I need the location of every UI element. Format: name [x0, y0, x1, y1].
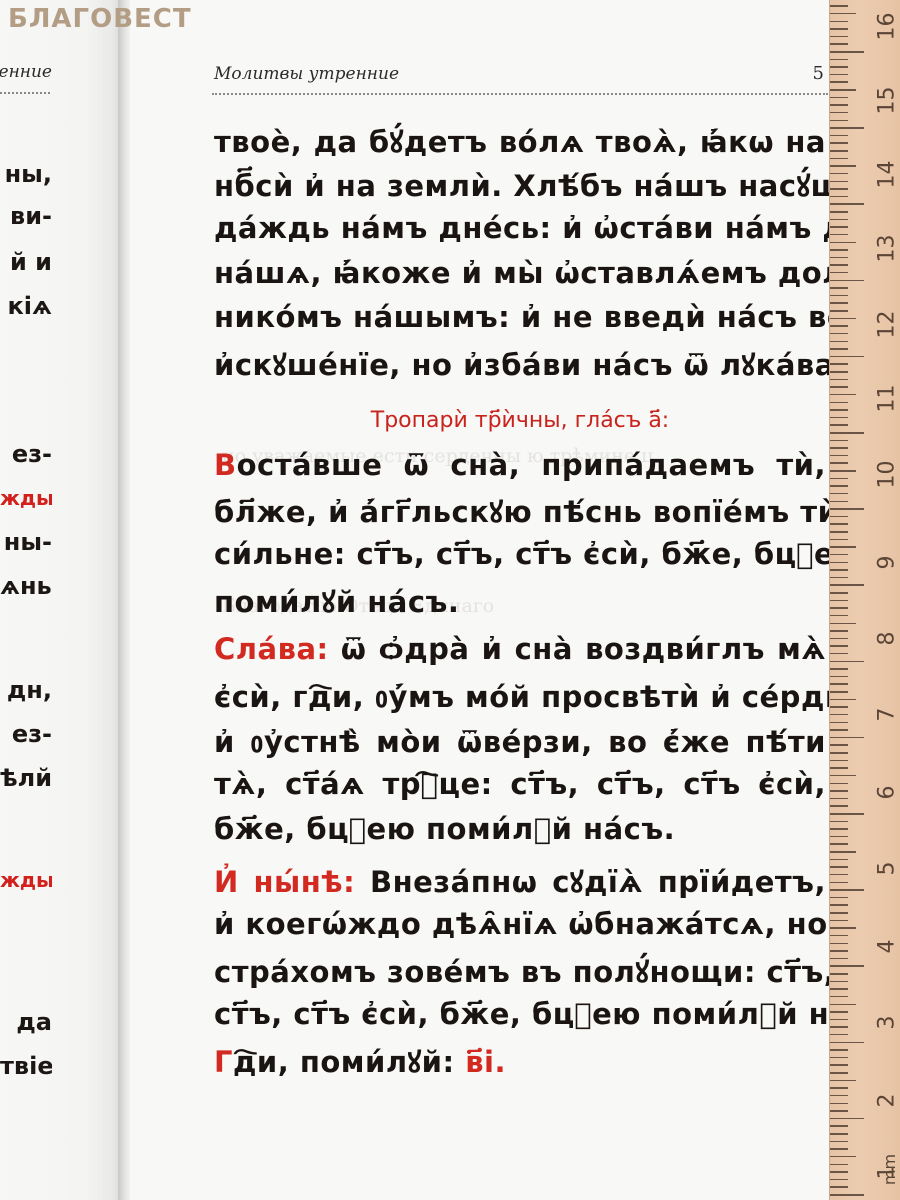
ruler-tick: [830, 965, 864, 967]
ruler-tick: [830, 523, 848, 525]
ruler-tick: [830, 912, 848, 914]
ruler-number: 13: [875, 234, 900, 264]
page-number: 5: [813, 63, 824, 84]
i-nyne-line: стра́хомъ зове́мъ въ полꙋ́нощи: ст҃ъ,: [214, 952, 826, 991]
ruler-tick: [830, 211, 848, 213]
ruler-tick: [830, 1064, 848, 1066]
ruler-number: 4: [875, 932, 900, 962]
left-page-line: ны,: [0, 160, 52, 188]
ruler-tick: [830, 203, 864, 205]
prayer-line: да́ждь на́мъ дне́сь: и҆ ѡ҆ста́ви на́мъ д…: [214, 211, 826, 245]
ruler-tick: [830, 1057, 848, 1059]
ruler-tick: [830, 691, 848, 693]
ruler-tick: [830, 1148, 848, 1150]
ruler-tick: [830, 280, 864, 282]
ruler-tick: [830, 1133, 848, 1135]
ruler-tick: [830, 554, 848, 556]
header-dotted-rule: [212, 93, 828, 95]
ruler-tick: [830, 1026, 848, 1028]
ruler-tick: [830, 249, 848, 251]
ruler-tick: [830, 935, 848, 937]
ruler-tick: [830, 569, 848, 571]
ruler-tick: [830, 409, 848, 411]
ruler-tick: [830, 767, 848, 769]
ruler-tick: [830, 66, 848, 68]
ruler-tick: [830, 417, 848, 419]
ruler-number: 9: [875, 548, 900, 578]
ruler-number: 12: [875, 310, 900, 340]
ruler-tick: [830, 21, 848, 23]
ruler-tick: [830, 600, 848, 602]
ruler-tick: [830, 97, 848, 99]
ruler-tick: [830, 501, 848, 503]
ruler-tick: [830, 127, 864, 129]
ruler-tick: [830, 843, 848, 845]
ruler-tick: [830, 447, 848, 449]
left-page-line: твіе: [0, 1052, 52, 1080]
ruler-tick: [830, 988, 848, 990]
ruler-tick: [830, 882, 848, 884]
ruler-tick: [830, 981, 848, 983]
ruler-tick: [830, 348, 848, 350]
ruler-tick: [830, 310, 848, 312]
ruler-tick: [830, 836, 848, 838]
ruler-tick: [830, 645, 848, 647]
ruler-tick: [830, 1125, 848, 1127]
ruler-tick: [830, 188, 848, 190]
troparion-line: Воста́вше ѿ снà, припа́даемъ тѝ,: [214, 448, 826, 482]
ruler-tick: [830, 790, 848, 792]
ruler-tick: [830, 577, 848, 579]
ruler-tick: [830, 699, 856, 701]
ruler-tick: [830, 676, 848, 678]
ruler-tick: [830, 805, 848, 807]
ruler-tick: [830, 424, 848, 426]
slava-line: и҆ ᲂу҆стнѣ̀ мо̀и ѿве́рзи, во є҆́же пѣ́ти: [214, 722, 826, 761]
ruler-tick: [830, 341, 848, 343]
troparion-line: си́льне: ст҃ъ, ст҃ъ, ст҃ъ є҆сѝ, бж҃е, бц…: [214, 537, 826, 571]
ruler-tick: [830, 1011, 848, 1013]
ruler-tick: [830, 744, 848, 746]
ruler-tick: [830, 546, 856, 548]
ruler-tick: [830, 462, 848, 464]
ruler-tick: [830, 257, 848, 259]
ruler-tick: [830, 706, 848, 708]
ruler-tick: [830, 821, 848, 823]
ruler-tick: [830, 455, 848, 457]
ruler-tick: [830, 219, 848, 221]
measuring-ruler: 16151413121110987654321 mm: [829, 0, 900, 1200]
ruler-tick: [830, 142, 848, 144]
ruler-tick: [830, 615, 848, 617]
ruler-tick: [830, 59, 848, 61]
ruler-tick: [830, 516, 848, 518]
ruler-number: 15: [875, 86, 900, 116]
ruler-tick: [830, 264, 848, 266]
red-initial-letter: В: [214, 448, 237, 482]
ruler-tick: [830, 242, 856, 244]
ruler-tick: [830, 402, 848, 404]
slava-line: тѧ̀, ст҃а́ѧ трⷪ҇це: ст҃ъ, ст҃ъ, ст҃ъ є҆с…: [214, 767, 826, 801]
ruler-tick: [830, 737, 864, 739]
ruler-tick: [830, 51, 864, 53]
left-page-line: ѧнь.: [0, 572, 52, 600]
ruler-tick: [830, 607, 848, 609]
ruler-tick: [830, 996, 848, 998]
repeat-count: в҃і.: [465, 1045, 506, 1079]
closing-initial: Г: [214, 1045, 233, 1079]
ruler-tick: [830, 973, 848, 975]
i-nyne-line: И҆ ны́нѣ: Внеза́пнѡ сꙋдїѧ̀ прїи́детъ,: [214, 862, 826, 901]
ruler-tick: [830, 539, 848, 541]
ruler-tick: [830, 272, 848, 274]
ruler-tick: [830, 104, 848, 106]
watermark-logo: БЛАГОВЕСТ: [8, 4, 192, 34]
prayer-line: твоѐ, да бꙋ́детъ во́лѧ твоѧ̀, ꙗ҆́кѡ на: [214, 122, 826, 161]
ruler-tick: [830, 584, 864, 586]
i-nyne-line: ст҃ъ, ст҃ъ є҆сѝ, бж҃е, бцⷣею поми́лꙋй на…: [214, 997, 826, 1031]
ruler-tick: [830, 1087, 848, 1089]
ruler-tick: [830, 1034, 848, 1036]
ruler-tick: [830, 81, 848, 83]
ruler-tick: [830, 653, 848, 655]
ruler-tick: [830, 485, 848, 487]
ruler-tick: [830, 89, 856, 91]
ruler-tick: [830, 287, 848, 289]
ruler-tick: [830, 874, 848, 876]
slava-line: є҆сѝ, гд҇и, ᲂу҆́мъ мо́й просвѣтѝ и҆ се́р…: [214, 677, 826, 716]
ruler-number: 16: [875, 12, 900, 42]
ruler-tick: [830, 173, 848, 175]
ruler-tick: [830, 592, 848, 594]
ruler-tick: [830, 165, 856, 167]
ruler-tick: [830, 158, 848, 160]
slava-line: бж҃е, бцⷣею поми́лꙋй на́съ.: [214, 812, 826, 846]
ruler-tick: [830, 927, 856, 929]
ruler-tick: [830, 683, 848, 685]
ruler-tick: [830, 226, 848, 228]
troparion-line: бл҃же, и҆ а҆́гг҃льскꙋю пѣ́снь вопїе́мъ т…: [214, 492, 826, 531]
prayer-line: нб҃сѝ и҆ на землѝ. Хлѣ́бъ на́шъ насꙋ́щны…: [214, 166, 826, 205]
left-page-line: жды.: [0, 868, 52, 892]
ruler-tick: [830, 714, 848, 716]
ruler-tick: [830, 798, 848, 800]
left-page-line: дн,: [0, 676, 52, 704]
ruler-tick: [830, 904, 848, 906]
ruler-tick: [830, 302, 848, 304]
ruler-tick: [830, 859, 848, 861]
ruler-tick: [830, 1156, 856, 1158]
ruler-tick: [830, 630, 848, 632]
ruler-tick: [830, 668, 848, 670]
ruler-tick: [830, 866, 848, 868]
ruler-tick: [830, 783, 848, 785]
ruler-tick: [830, 623, 856, 625]
i-nyne-label: И҆ ны́нѣ:: [214, 865, 355, 899]
ruler-tick: [830, 828, 848, 830]
ruler-tick: [830, 363, 848, 365]
ruler-tick: [830, 478, 848, 480]
prayer-line: на́шѧ, ꙗ҆́коже и҆ мы̀ ѡ҆ставлѧ́емъ долж-: [214, 256, 826, 290]
ruler-tick: [830, 661, 864, 663]
ruler-number: 11: [875, 384, 900, 414]
ruler-tick: [830, 325, 848, 327]
left-page-line: ви-: [0, 202, 52, 230]
ruler-tick: [830, 1118, 864, 1120]
ruler-tick: [830, 150, 848, 152]
ruler-tick: [830, 1019, 848, 1021]
ruler-tick: [830, 562, 848, 564]
ruler-number: 8: [875, 624, 900, 654]
left-page-line: ез-: [0, 720, 52, 748]
ruler-tick: [830, 531, 848, 533]
ruler-number: 14: [875, 160, 900, 190]
ruler-tick: [830, 1042, 864, 1044]
ruler-tick: [830, 1171, 848, 1173]
ruler-tick: [830, 775, 856, 777]
troparion-heading: Тропарѝ тр҃ѝчны, гла́съ а҃:: [214, 408, 826, 433]
ruler-tick: [830, 318, 856, 320]
ruler-tick: [830, 1141, 848, 1143]
ruler-tick: [830, 120, 848, 122]
ruler-tick: [830, 295, 848, 297]
ruler-tick: [830, 470, 856, 472]
ruler-tick: [830, 1186, 848, 1188]
left-header-rule: [0, 92, 50, 94]
ruler-tick: [830, 889, 864, 891]
ruler-tick: [830, 13, 856, 15]
ruler-tick: [830, 1179, 848, 1181]
left-page-header: утренние: [0, 62, 52, 82]
ruler-tick: [830, 356, 864, 358]
ruler-tick: [830, 508, 864, 510]
left-page-line: да: [0, 1008, 52, 1036]
ruler-tick: [830, 920, 848, 922]
ruler-number: 3: [875, 1008, 900, 1038]
ruler-tick: [830, 371, 848, 373]
ruler-tick: [830, 760, 848, 762]
ruler-number: 2: [875, 1086, 900, 1116]
ruler-tick: [830, 112, 848, 114]
ruler-tick: [830, 74, 848, 76]
ruler-tick: [830, 1004, 856, 1006]
left-page-line: кіѧ: [0, 292, 52, 320]
ruler-tick: [830, 36, 848, 38]
ruler-tick: [830, 958, 848, 960]
ruler-tick: [830, 379, 848, 381]
ruler-tick: [830, 1072, 848, 1074]
ruler-tick: [830, 943, 848, 945]
ruler-tick: [830, 196, 848, 198]
ruler-number: 5: [875, 854, 900, 884]
ruler-tick: [830, 1049, 848, 1051]
left-page-line: ны-: [0, 528, 52, 556]
ruler-tick: [830, 638, 848, 640]
ruler-tick: [830, 1164, 848, 1166]
prayer-line: нико́мъ на́шымъ: и҆ не введѝ на́съ во: [214, 300, 826, 334]
ruler-tick: [830, 234, 848, 236]
ruler-tick: [830, 897, 848, 899]
ruler-tick: [830, 181, 848, 183]
running-header-title: Молитвы утренние: [214, 64, 399, 84]
left-page-line: ѣлй: [0, 764, 52, 792]
ruler-tick: [830, 851, 856, 853]
ruler-tick: [830, 729, 848, 731]
ruler-tick: [830, 43, 848, 45]
ruler-tick: [830, 1110, 848, 1112]
left-facing-page: утренние ны,ви-й икіѧез-ждыны-ѧнь.дн,ез-…: [0, 0, 122, 1200]
left-page-line: жды: [0, 486, 52, 510]
prayer-line: и҆скꙋше́нїе, но и҆зба́ви на́съ ѿ лꙋка́ва…: [214, 345, 826, 384]
ruler-tick: [830, 752, 848, 754]
ruler-unit-label: mm: [880, 1154, 899, 1185]
main-page: но уважаемые ести сердечны ю трѣмине ц Б…: [130, 0, 830, 1200]
left-page-line: й и: [0, 248, 52, 276]
slava-line: Сла́ва: ѿ ѻ҆дра̀ и҆ снà воздви́глъ мѧ̀: [214, 632, 826, 666]
ruler-number: 7: [875, 700, 900, 730]
ruler-number: 10: [875, 460, 900, 490]
ruler-tick: [830, 394, 856, 396]
ruler-tick: [830, 813, 864, 815]
ruler-tick: [830, 5, 848, 7]
ruler-tick: [830, 333, 848, 335]
ruler-number: 6: [875, 778, 900, 808]
ruler-tick: [830, 722, 848, 724]
ruler-tick: [830, 1103, 848, 1105]
troparion-line: поми́лꙋй на́съ.: [214, 582, 826, 621]
ruler-tick: [830, 135, 848, 137]
ruler-tick: [830, 440, 848, 442]
ruler-tick: [830, 1194, 864, 1196]
closing-line: Гд҇и, поми́лꙋй: в҃і.: [214, 1042, 506, 1081]
ruler-tick: [830, 28, 848, 30]
i-nyne-line: и҆ коегѡ́ждо дѣѧ̑нїѧ ѡ҆бнажа́тсѧ, но: [214, 907, 826, 941]
left-page-line: ез-: [0, 440, 52, 468]
ruler-tick: [830, 386, 848, 388]
ruler-tick: [830, 493, 848, 495]
ruler-tick: [830, 1095, 848, 1097]
ruler-tick: [830, 432, 864, 434]
ruler-tick: [830, 950, 848, 952]
slava-label: Сла́ва:: [214, 632, 329, 666]
ruler-tick: [830, 1080, 856, 1082]
